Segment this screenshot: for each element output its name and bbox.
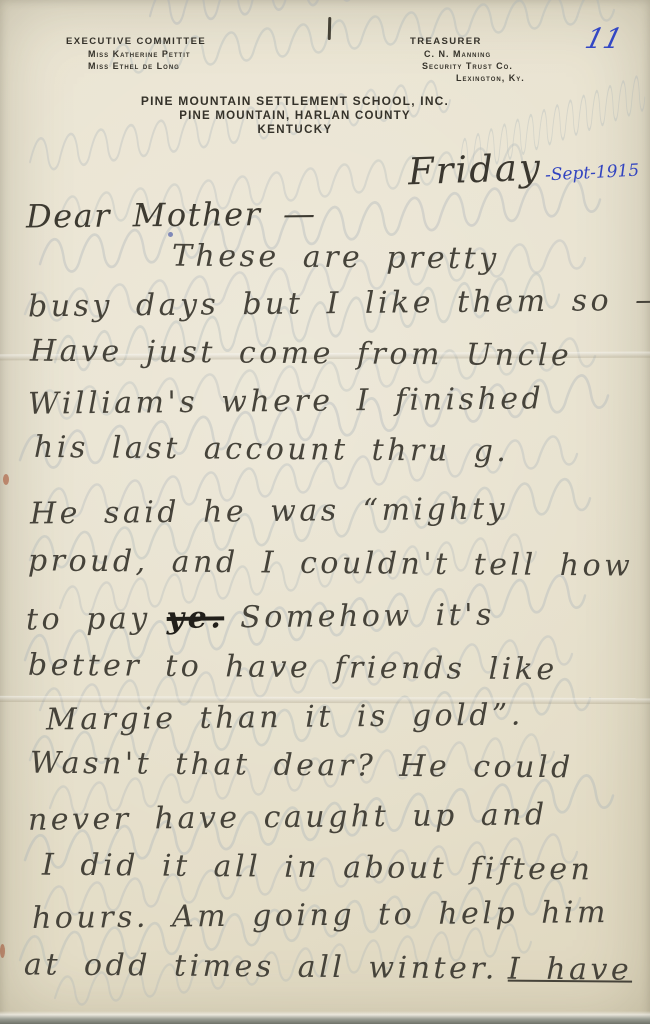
archival-date-annotation: -Sept-1915 [545, 161, 640, 186]
letter-line: Wasn't that dear? He could [30, 746, 574, 786]
treasurer-title: TREASURER [410, 36, 525, 47]
committee-member: Miss Ethel de Long [88, 61, 206, 71]
letter-line: his last account thru g. [34, 430, 510, 469]
school-state-line: KENTUCKY [0, 124, 590, 136]
school-county-line: PINE MOUNTAIN, HARLAN COUNTY [0, 110, 590, 122]
last-line-text: at odd times all winter. [24, 947, 498, 986]
letter-line: hours. Am going to help him [32, 895, 609, 936]
letter-line: proud, and I couldn't tell how [28, 543, 634, 583]
letter-line: He said he was “mighty [30, 491, 508, 531]
committee-member: Miss Katherine Pettit [88, 49, 206, 59]
scanned-letter-page: 11 EXECUTIVE COMMITTEE Miss Katherine Pe… [0, 0, 650, 1024]
paper-speck [0, 944, 5, 958]
letterhead-executive-committee: EXECUTIVE COMMITTEE Miss Katherine Petti… [66, 36, 206, 71]
letter-line: These are pretty [172, 239, 500, 277]
treasurer-company: Security Trust Co. [422, 61, 525, 71]
letter-line: I did it all in about fifteen [42, 848, 594, 888]
letter-last-line: at odd times all winter.I have [24, 947, 632, 987]
paper-bottom-edge [0, 1011, 650, 1024]
letter-line: never have caught up and [28, 797, 548, 837]
underlined-words: I have [508, 952, 633, 988]
letterhead-school-name: PINE MOUNTAIN SETTLEMENT SCHOOL, INC. PI… [0, 94, 590, 136]
treasurer-name: C. N. Manning [424, 49, 525, 59]
scribble-after: Somehow it's [240, 598, 495, 636]
letterhead-treasurer: TREASURER C. N. Manning Security Trust C… [410, 36, 525, 83]
letter-line: better to have friends like [28, 648, 558, 688]
handwritten-date: Friday [407, 146, 542, 194]
treasurer-location: Lexington, Ky. [456, 73, 525, 83]
letter-line: busy days but I like them so — [28, 283, 650, 325]
paper-speck [3, 474, 9, 485]
letter-line: William's where I finished [28, 381, 545, 421]
page-number: 11 [582, 22, 626, 55]
scribble-before: to pay [26, 601, 151, 637]
letter-line: Have just come from Uncle [30, 334, 573, 374]
stray-ink-mark [328, 17, 332, 40]
school-name-line: PINE MOUNTAIN SETTLEMENT SCHOOL, INC. [0, 94, 590, 108]
letter-line: Margie than it is gold”. [46, 697, 524, 737]
letter-line-with-scribble: to payye.Somehow it's [26, 598, 495, 638]
salutation: Dear Mother — [26, 194, 317, 235]
scribbled-out-word: ye. [167, 600, 225, 636]
executive-committee-title: EXECUTIVE COMMITTEE [66, 36, 206, 47]
